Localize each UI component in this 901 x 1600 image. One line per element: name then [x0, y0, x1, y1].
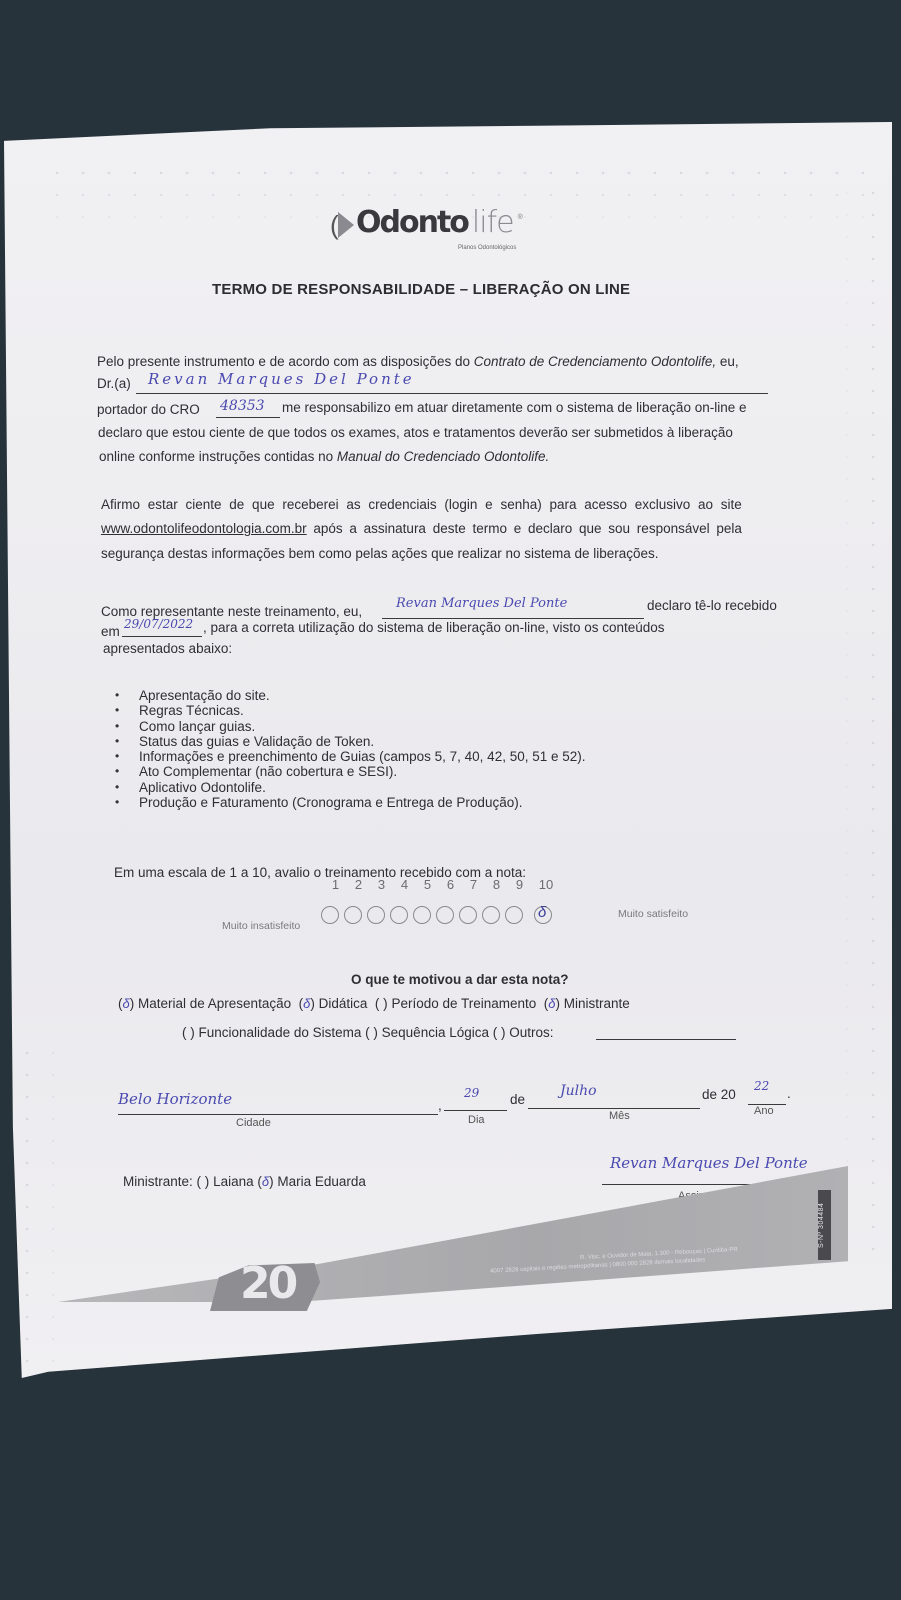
day-label: Dia	[468, 1114, 485, 1126]
rating-radio-6[interactable]	[436, 906, 454, 924]
topic-item: Informações e preenchimento de Guias (ca…	[115, 749, 586, 764]
text: Pelo presente instrumento e de acordo co…	[97, 354, 474, 369]
logo-mark-icon: (	[330, 212, 352, 238]
checkbox-material[interactable]: (δ)	[118, 996, 134, 1011]
option-material-label: Material de Apresentação	[138, 996, 291, 1011]
day-value: 29	[464, 1086, 479, 1100]
rating-radio-2[interactable]	[344, 906, 362, 924]
scale-number: 10	[531, 877, 561, 892]
scale-number: 5	[416, 877, 439, 892]
month-value: Julho	[560, 1083, 597, 1099]
decorative-dots	[14, 1042, 74, 1382]
year-value: 22	[754, 1079, 769, 1093]
logo-tagline: Planos Odontológicos	[458, 245, 516, 251]
dr-name-field[interactable]: Revan Marques Del Ponte	[136, 376, 768, 394]
scale-number: 9	[508, 877, 531, 892]
rating-high-label: Muito satisfeito	[618, 908, 688, 920]
manual-name: Manual do Credenciado Odontolife.	[337, 449, 549, 464]
comma: ,	[438, 1098, 442, 1113]
topic-item: Apresentação do site.	[115, 688, 586, 703]
checkbox-ministrante[interactable]: (δ)	[544, 996, 560, 1011]
scale-number: 1	[324, 877, 347, 892]
scale-number: 8	[485, 877, 508, 892]
decorative-dots	[834, 182, 884, 1262]
checkbox-didatica[interactable]: (δ)	[299, 996, 315, 1011]
representative-name-value: Revan Marques Del Ponte	[396, 596, 567, 611]
representative-name-field[interactable]: Revan Marques Del Ponte	[382, 600, 644, 619]
checkbox-sequencia[interactable]: ( )	[365, 1025, 378, 1040]
registered-mark: ®	[518, 214, 523, 221]
paragraph2-line3: segurança destas informações bem como pe…	[101, 546, 659, 561]
paragraph1-line1: Pelo presente instrumento e de acordo co…	[97, 354, 739, 369]
training-date-field[interactable]: 29/07/2022	[122, 620, 202, 637]
rating-radio-9[interactable]	[505, 906, 523, 924]
checkbox-funcionalidade[interactable]: ( )	[182, 1025, 195, 1040]
month-field[interactable]: Julho	[528, 1090, 700, 1109]
text: online conforme instruções contidas no	[99, 449, 337, 464]
received-label: declaro tê-lo recebido	[647, 598, 777, 613]
instructor-maria-eduarda-label: Maria Eduarda	[277, 1174, 366, 1189]
rating-radio-1[interactable]	[321, 906, 339, 924]
year-label: Ano	[754, 1105, 774, 1117]
paragraph2-line1: Afirmo estar ciente de que receberei as …	[101, 497, 742, 512]
scale-number: 4	[393, 877, 416, 892]
year-prefix: de 20	[702, 1087, 736, 1102]
topics-list: Apresentação do site. Regras Técnicas. C…	[115, 688, 586, 810]
option-ministrante-label: Ministrante	[564, 996, 630, 1011]
city-label: Cidade	[236, 1117, 271, 1129]
motivation-row-2: ( ) Funcionalidade do Sistema ( ) Sequên…	[182, 1025, 554, 1040]
paragraph1-line5: online conforme instruções contidas no M…	[99, 449, 549, 464]
document-title: TERMO DE RESPONSABILIDADE – LIBERAÇÃO ON…	[212, 281, 630, 298]
de-label: de	[510, 1092, 525, 1107]
rating-radio-7[interactable]	[459, 906, 477, 924]
text: após a assinatura deste termo e declaro …	[307, 521, 742, 536]
cro-field[interactable]: 48353	[216, 400, 280, 418]
option-sequencia-label: Sequência Lógica	[382, 1025, 489, 1040]
instructor-label: Ministrante:	[123, 1174, 193, 1189]
checkbox-maria-eduarda[interactable]: (δ)	[257, 1174, 273, 1189]
training-date-value: 29/07/2022	[124, 617, 193, 631]
footer-20-badge: 20	[240, 1258, 295, 1309]
text: eu,	[716, 354, 739, 369]
topic-item: Status das guias e Validação de Token.	[115, 734, 586, 749]
option-didatica-label: Didática	[319, 996, 368, 1011]
scale-number: 7	[462, 877, 485, 892]
checkbox-outros[interactable]: ( )	[493, 1025, 506, 1040]
city-value: Belo Horizonte	[118, 1090, 232, 1108]
rating-radio-4[interactable]	[390, 906, 408, 924]
paragraph3-line2: , para a correta utilização do sistema d…	[203, 620, 665, 635]
rating-radio-5[interactable]	[413, 906, 431, 924]
motivation-row-1: (δ) Material de Apresentação (δ) Didátic…	[118, 996, 630, 1011]
topic-item: Ato Complementar (não cobertura e SESI).	[115, 764, 586, 779]
paragraph2-line2: www.odontolifeodontologia.com.br após a …	[101, 521, 742, 536]
rating-scale-numbers: 1 2 3 4 5 6 7 8 9 10	[324, 877, 561, 892]
site-link[interactable]: www.odontolifeodontologia.com.br	[101, 521, 307, 536]
paragraph3-line3: apresentados abaixo:	[103, 641, 232, 656]
topic-item: Produção e Faturamento (Cronograma e Ent…	[115, 795, 586, 810]
city-field[interactable]: Belo Horizonte	[118, 1096, 438, 1115]
rating-low-label: Muito insatisfeito	[222, 920, 300, 932]
logo-text-bold: Odonto	[356, 208, 468, 238]
topic-item: Regras Técnicas.	[115, 703, 586, 718]
instructor-row: Ministrante: ( ) Laiana (δ) Maria Eduard…	[123, 1174, 366, 1189]
scale-number: 3	[370, 877, 393, 892]
option-outros-label: Outros:	[509, 1025, 553, 1040]
cro-value: 48353	[220, 398, 265, 414]
topic-item: Como lançar guias.	[115, 719, 586, 734]
rating-radio-3[interactable]	[367, 906, 385, 924]
option-funcionalidade-label: Funcionalidade do Sistema	[199, 1025, 362, 1040]
checkbox-laiana[interactable]: ( )	[197, 1174, 210, 1189]
contract-name: Contrato de Credenciamento Odontolife,	[474, 354, 716, 369]
rating-radio-10-selected[interactable]	[534, 906, 552, 924]
option-periodo-label: Período de Treinamento	[391, 996, 536, 1011]
day-field[interactable]: 29	[444, 1092, 507, 1111]
month-label: Mês	[609, 1110, 630, 1122]
serial-number: S-Nº 304484	[818, 1190, 831, 1260]
scale-number: 2	[347, 877, 370, 892]
topic-item: Aplicativo Odontolife.	[115, 780, 586, 795]
rating-radio-group	[321, 906, 557, 924]
scale-number: 6	[439, 877, 462, 892]
dr-name-value: Revan Marques Del Ponte	[148, 370, 415, 388]
rating-radio-8[interactable]	[482, 906, 500, 924]
dr-label: Dr.(a)	[97, 376, 131, 391]
paragraph1-line4: declaro que estou ciente de que todos os…	[98, 425, 733, 440]
year-field[interactable]: 22	[748, 1086, 786, 1105]
outros-field[interactable]	[596, 1025, 736, 1040]
logo-text-light: life	[472, 208, 514, 238]
paragraph1-line3: me responsabilizo em atuar diretamente c…	[282, 400, 746, 415]
checkbox-periodo[interactable]: ( )	[375, 996, 388, 1011]
cro-label: portador do CRO	[97, 402, 200, 417]
period: .	[787, 1086, 791, 1101]
instructor-laiana-label: Laiana	[213, 1174, 254, 1189]
em-label: em	[101, 624, 120, 639]
signature-value: Revan Marques Del Ponte	[610, 1154, 808, 1172]
odontolife-logo: ( Odonto life ®	[330, 208, 523, 238]
motivation-question: O que te motivou a dar esta nota?	[351, 972, 569, 987]
